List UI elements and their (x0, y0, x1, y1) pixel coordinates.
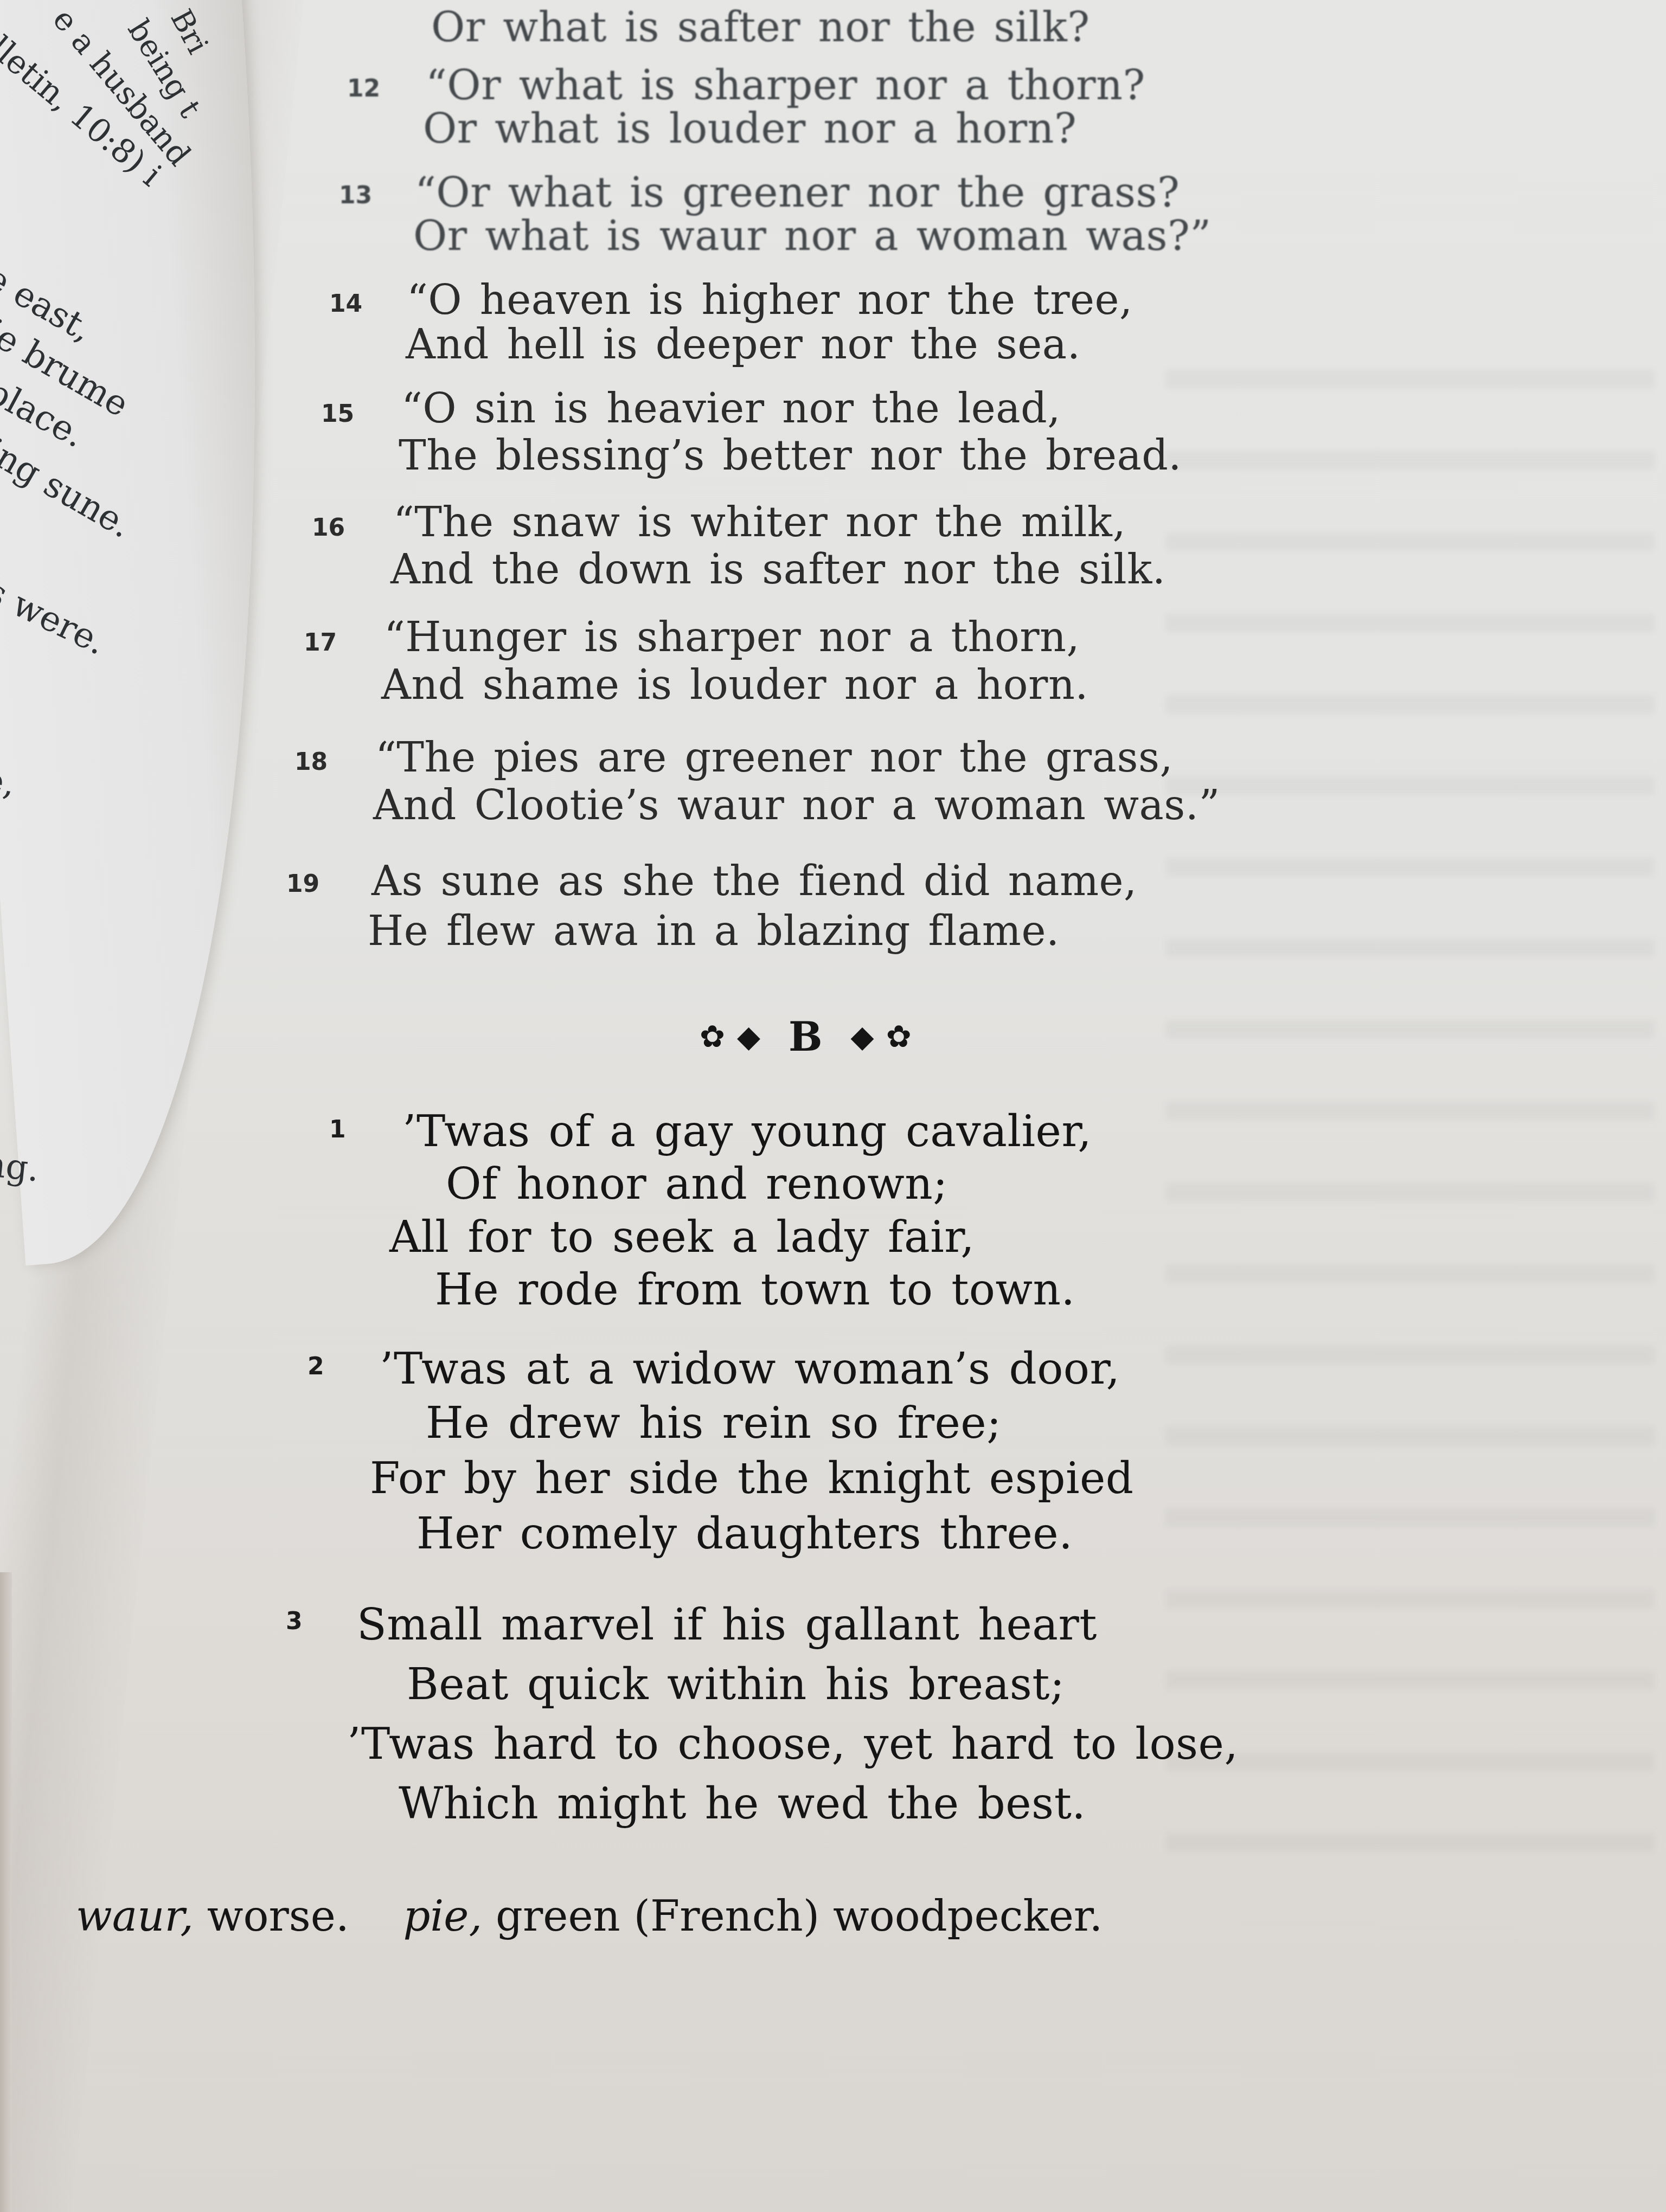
flower-ornament-icon: ✿ (886, 1022, 912, 1052)
stanza-number: 12 (347, 75, 380, 102)
poem-line: As sune as she the fiend did name, (371, 857, 1137, 905)
poem-line: ’Twas of a gay young cavalier, (402, 1106, 1092, 1156)
poem-line: “Or what is greener nor the grass? (415, 168, 1180, 216)
poem-line: Which might he wed the best. (399, 1778, 1086, 1829)
poem-line: Her comely daughters three. (416, 1508, 1073, 1559)
poem-line: ’Twas hard to choose, yet hard to lose, (347, 1719, 1238, 1769)
poem-line: “The snaw is whiter nor the milk, (393, 498, 1126, 546)
poem-line: “Hunger is sharper nor a thorn, (384, 613, 1080, 661)
poem-line: Beat quick within his breast; (407, 1659, 1065, 1709)
left-fragment: ng. (0, 1144, 41, 1189)
poem-line: The blessing’s better nor the bread. (399, 431, 1182, 479)
poem-line: He drew his rein so free; (426, 1398, 1002, 1448)
section-header-b: ✿ ◆ B ◆ ✿ (700, 1014, 912, 1060)
glossary-term: waur, (76, 1892, 194, 1941)
poem-line: Or what is louder nor a horn? (423, 104, 1077, 152)
poem-line: “The pies are greener nor the grass, (375, 733, 1173, 781)
poem-line: “O sin is heavier nor the lead, (401, 384, 1061, 432)
stanza-number: 13 (339, 182, 372, 209)
poem-line: Small marvel if his gallant heart (357, 1599, 1097, 1650)
stanza-number: 15 (321, 400, 354, 428)
stanza-number: 17 (304, 629, 337, 657)
poem-line: All for to seek a lady fair, (389, 1212, 975, 1262)
poem-line: Or what is waur nor a woman was?” (413, 211, 1212, 260)
poem-line: He rode from town to town. (435, 1264, 1075, 1315)
poem-line: ’Twas at a widow woman’s door, (380, 1343, 1120, 1394)
poem-line: Or what is safter nor the silk? (431, 3, 1090, 51)
poem-line: And shame is louder nor a horn. (381, 660, 1088, 709)
poem-line: “Or what is sharper nor a thorn? (426, 61, 1145, 109)
glossary-definition: worse. (207, 1892, 349, 1941)
poem-line: Of honor and renown; (446, 1159, 948, 1209)
stanza-number: 2 (307, 1353, 324, 1380)
page-edge-strip (0, 1572, 12, 2212)
diamond-ornament-icon: ◆ (851, 1022, 874, 1052)
poem-line: For by her side the knight espied (370, 1453, 1134, 1503)
stanza-number: 19 (286, 870, 319, 898)
poem-line: And hell is deeper nor the sea. (406, 320, 1080, 368)
stanza-number: 14 (329, 290, 362, 318)
section-letter: B (789, 1014, 823, 1060)
footnote-glossary: waur, worse. pie, green (French) woodpec… (76, 1892, 1103, 1941)
flower-ornament-icon: ✿ (700, 1022, 725, 1052)
stanza-number: 3 (286, 1607, 303, 1635)
poem-line: And Clootie’s waur nor a woman was.” (373, 781, 1220, 829)
show-through-text (1166, 336, 1654, 1908)
stanza-number: 1 (329, 1116, 346, 1143)
diamond-ornament-icon: ◆ (737, 1022, 760, 1052)
glossary-term: pie, (403, 1892, 482, 1941)
stanza-number: 18 (294, 748, 328, 776)
poem-line: “O heaven is higher nor the tree, (407, 275, 1133, 324)
poem-line: He flew awa in a blazing flame. (368, 906, 1060, 955)
poem-line: And the down is safter nor the silk. (390, 545, 1165, 593)
glossary-definition: green (French) woodpecker. (496, 1892, 1103, 1941)
stanza-number: 16 (312, 514, 345, 542)
